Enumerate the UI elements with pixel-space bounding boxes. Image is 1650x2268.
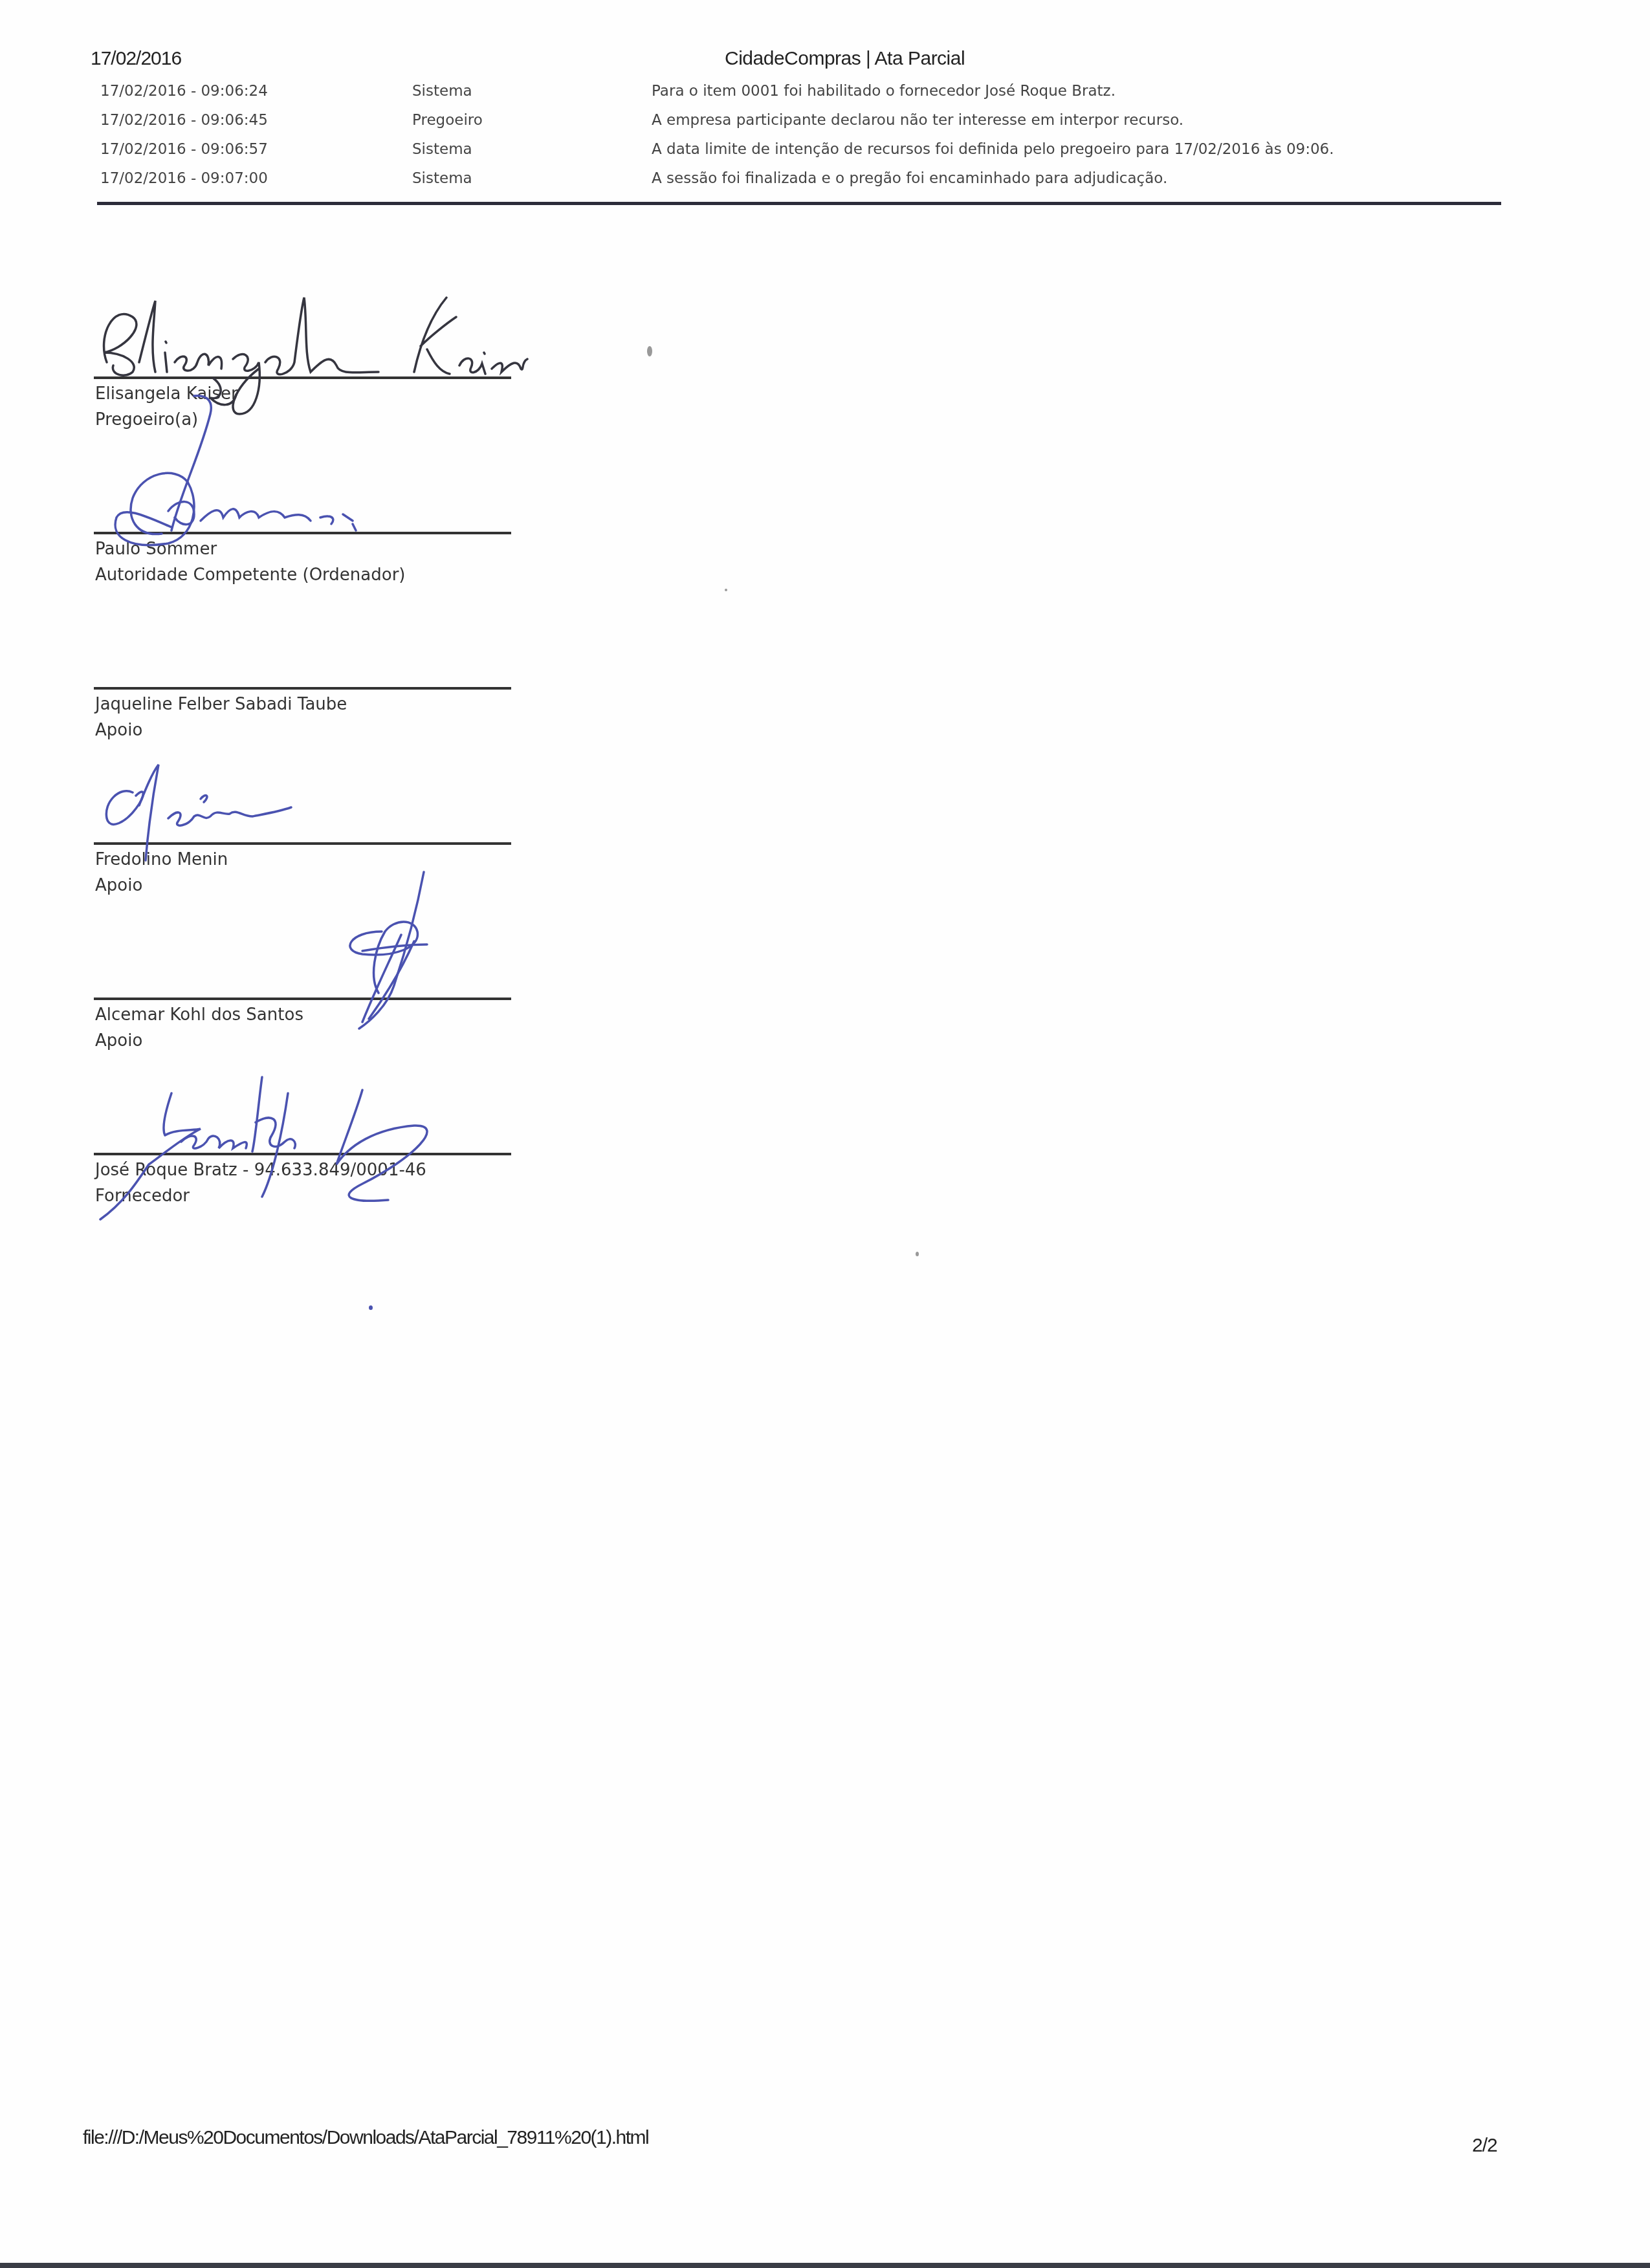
signature-line [94,1153,511,1155]
scan-speck [647,346,652,356]
signature-fredolino-menin [106,765,291,860]
table-row: 17/02/2016 - 09:07:00 Sistema A sessão f… [97,166,1501,195]
event-actor: Sistema [412,141,472,158]
page-title: CidadeCompras | Ata Parcial [725,48,965,70]
scanner-edge [0,2263,1650,2268]
event-actor: Sistema [412,83,472,100]
print-date: 17/02/2016 [91,48,181,70]
event-message: Para o item 0001 foi habilitado o fornec… [652,83,1116,100]
table-row: 17/02/2016 - 09:06:45 Pregoeiro A empres… [97,108,1501,137]
event-datetime: 17/02/2016 - 09:06:24 [100,83,268,100]
scan-speck [725,589,727,591]
event-message: A sessão foi finalizada e o pregão foi e… [652,170,1167,187]
signer-role: Autoridade Competente (Ordenador) [95,565,406,585]
footer-file-path: file:///D:/Meus%20Documentos/Downloads/A… [83,2127,648,2149]
event-actor: Pregoeiro [412,112,483,129]
event-message: A data limite de intenção de recursos fo… [652,141,1334,158]
event-datetime: 17/02/2016 - 09:06:45 [100,112,268,129]
signature-line [94,376,511,379]
signer-role: Fornecedor [95,1186,190,1206]
event-actor: Sistema [412,170,472,187]
signature-line [94,532,511,534]
signature-line [94,998,511,1000]
signer-name: Fredolino Menin [95,850,228,869]
signer-role: Apoio [95,1031,142,1051]
table-bottom-rule [97,202,1501,205]
signature-line [94,842,511,845]
event-datetime: 17/02/2016 - 09:07:00 [100,170,268,187]
table-row: 17/02/2016 - 09:06:24 Sistema Para o ite… [97,79,1501,108]
scan-speck [916,1252,919,1256]
scan-speck [369,1305,373,1310]
signature-alcemar-kohl [350,872,427,1029]
event-message: A empresa participante declarou não ter … [652,112,1183,129]
signer-name: Paulo Sommer [95,540,217,559]
signature-line [94,687,511,690]
handwritten-signatures [0,0,1650,2268]
signer-name: Jaqueline Felber Sabadi Taube [95,695,347,714]
event-datetime: 17/02/2016 - 09:06:57 [100,141,268,158]
page-number: 2/2 [1472,2135,1497,2157]
table-row: 17/02/2016 - 09:06:57 Sistema A data lim… [97,137,1501,166]
signer-name: Elisangela Kaiser [95,384,238,404]
event-log-table: 17/02/2016 - 09:06:24 Sistema Para o ite… [97,79,1501,195]
signer-name: Alcemar Kohl dos Santos [95,1005,303,1025]
signer-role: Pregoeiro(a) [95,410,198,430]
signer-role: Apoio [95,876,142,895]
document-page: 17/02/2016 CidadeCompras | Ata Parcial 1… [0,0,1650,2268]
signer-name: José Roque Bratz - 94.633.849/0001-46 [95,1161,426,1180]
signer-role: Apoio [95,721,142,740]
